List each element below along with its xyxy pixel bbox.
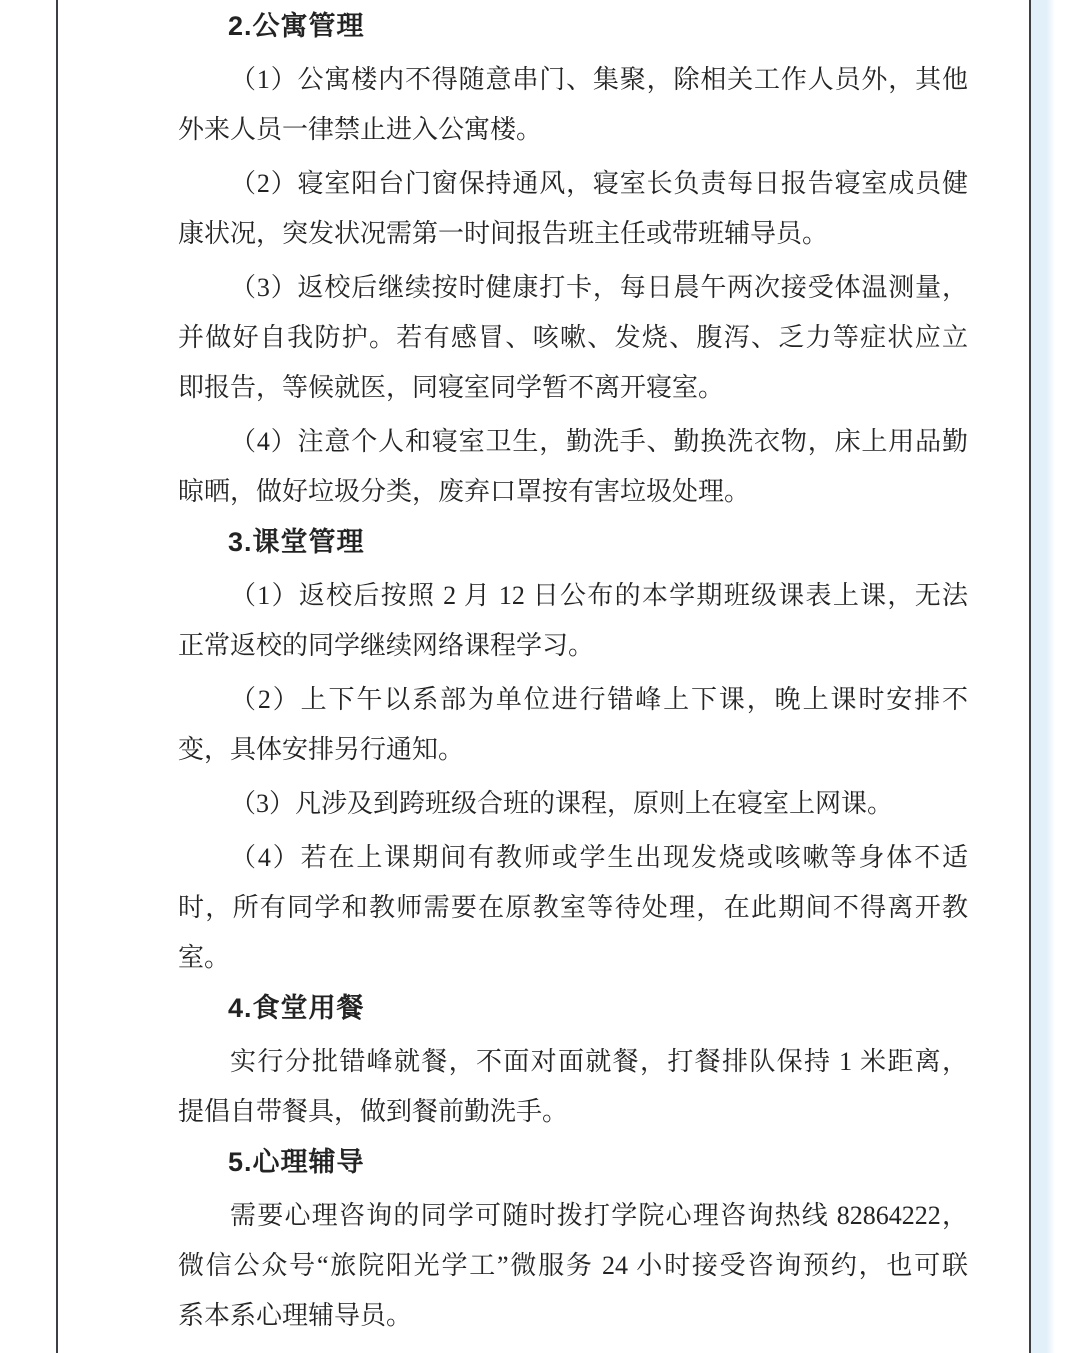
document-line: 晾晒，做好垃圾分类，废弃口罩按有害垃圾处理。 <box>178 467 968 517</box>
document-line: 外来人员一律禁止进入公寓楼。 <box>178 105 968 155</box>
document-body: 2.公寓管理 （1）公寓楼内不得随意串门、集聚，除相关工作人员外，其他 外来人员… <box>178 1 968 1341</box>
paragraph: （1）返校后按照 2 月 12 日公布的本学期班级课表上课，无法 正常返校的同学… <box>178 571 968 671</box>
document-line: 并做好自我防护。若有感冒、咳嗽、发烧、腹泻、乏力等症状应立 <box>178 313 968 363</box>
document-line: 康状况，突发状况需第一时间报告班主任或带班辅导员。 <box>178 209 968 259</box>
paragraph: 需要心理咨询的同学可随时拨打学院心理咨询热线 82864222， 微信公众号“旅… <box>178 1191 968 1341</box>
section-apartment-management: 2.公寓管理 （1）公寓楼内不得随意串门、集聚，除相关工作人员外，其他 外来人员… <box>178 1 968 517</box>
document-line: 变，具体安排另行通知。 <box>178 725 968 775</box>
section-heading: 5.心理辅导 <box>178 1137 968 1187</box>
document-line: （1）返校后按照 2 月 12 日公布的本学期班级课表上课，无法 <box>178 571 968 621</box>
document-line: （4）若在上课期间有教师或学生出现发烧或咳嗽等身体不适 <box>178 833 968 883</box>
paragraph: 实行分批错峰就餐，不面对面就餐，打餐排队保持 1 米距离， 提倡自带餐具，做到餐… <box>178 1037 968 1137</box>
document-line: （1）公寓楼内不得随意串门、集聚，除相关工作人员外，其他 <box>178 55 968 105</box>
document-line: 实行分批错峰就餐，不面对面就餐，打餐排队保持 1 米距离， <box>178 1037 968 1087</box>
document-line: 即报告，等候就医，同寝室同学暂不离开寝室。 <box>178 363 968 413</box>
right-margin-strip <box>1031 0 1055 1353</box>
document-line: 需要心理咨询的同学可随时拨打学院心理咨询热线 82864222， <box>178 1191 968 1241</box>
document-line: 时，所有同学和教师需要在原教室等待处理，在此期间不得离开教 <box>178 883 968 933</box>
document-line: 提倡自带餐具，做到餐前勤洗手。 <box>178 1087 968 1137</box>
document-line: 微信公众号“旅院阳光学工”微服务 24 小时接受咨询预约，也可联 <box>178 1241 968 1291</box>
paragraph: （4）若在上课期间有教师或学生出现发烧或咳嗽等身体不适 时，所有同学和教师需要在… <box>178 833 968 983</box>
paragraph: （2）寝室阳台门窗保持通风，寝室长负责每日报告寝室成员健 康状况，突发状况需第一… <box>178 159 968 259</box>
section-psychological-counseling: 5.心理辅导 需要心理咨询的同学可随时拨打学院心理咨询热线 82864222， … <box>178 1137 968 1341</box>
document-line: （4）注意个人和寝室卫生，勤洗手、勤换洗衣物，床上用品勤 <box>178 417 968 467</box>
document-line: （3）凡涉及到跨班级合班的课程，原则上在寝室上网课。 <box>178 779 968 829</box>
paragraph: （3）返校后继续按时健康打卡，每日晨午两次接受体温测量， 并做好自我防护。若有感… <box>178 263 968 413</box>
document-line: 正常返校的同学继续网络课程学习。 <box>178 621 968 671</box>
document-line: 室。 <box>178 933 968 983</box>
document-line: （3）返校后继续按时健康打卡，每日晨午两次接受体温测量， <box>178 263 968 313</box>
paragraph: （1）公寓楼内不得随意串门、集聚，除相关工作人员外，其他 外来人员一律禁止进入公… <box>178 55 968 155</box>
section-heading: 4.食堂用餐 <box>178 983 968 1033</box>
section-canteen-dining: 4.食堂用餐 实行分批错峰就餐，不面对面就餐，打餐排队保持 1 米距离， 提倡自… <box>178 983 968 1137</box>
section-classroom-management: 3.课堂管理 （1）返校后按照 2 月 12 日公布的本学期班级课表上课，无法 … <box>178 517 968 983</box>
paragraph: （2）上下午以系部为单位进行错峰上下课，晚上课时安排不 变，具体安排另行通知。 <box>178 675 968 775</box>
document-line: （2）寝室阳台门窗保持通风，寝室长负责每日报告寝室成员健 <box>178 159 968 209</box>
document-line: 系本系心理辅导员。 <box>178 1291 968 1341</box>
paragraph: （4）注意个人和寝室卫生，勤洗手、勤换洗衣物，床上用品勤 晾晒，做好垃圾分类，废… <box>178 417 968 517</box>
section-heading: 2.公寓管理 <box>178 1 968 51</box>
paragraph: （3）凡涉及到跨班级合班的课程，原则上在寝室上网课。 <box>178 779 968 829</box>
document-line: （2）上下午以系部为单位进行错峰上下课，晚上课时安排不 <box>178 675 968 725</box>
left-page-border <box>56 0 58 1353</box>
page: 2.公寓管理 （1）公寓楼内不得随意串门、集聚，除相关工作人员外，其他 外来人员… <box>0 0 1080 1353</box>
section-heading: 3.课堂管理 <box>178 517 968 567</box>
